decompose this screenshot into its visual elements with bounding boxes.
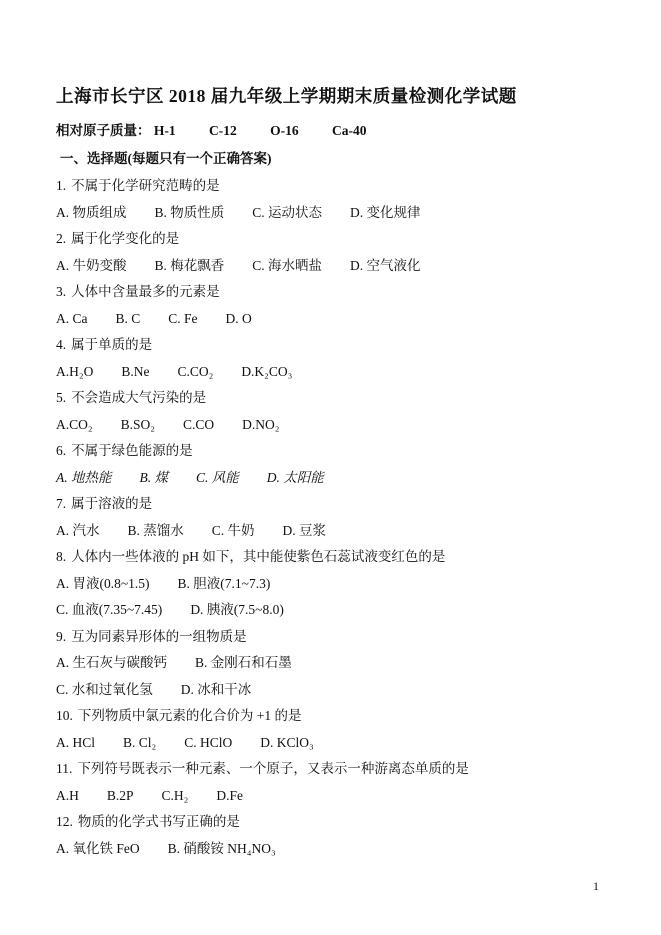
answer-option: A. 地热能 — [56, 465, 112, 492]
answer-option: D. 变化规律 — [350, 200, 421, 227]
options-row: A. 生石灰与碳酸钙B. 金刚石和石墨 — [56, 650, 621, 677]
question-number: 11. — [56, 761, 72, 776]
answer-option: C. 运动状态 — [252, 200, 322, 227]
options-row: A. 胃液(0.8~1.5)B. 胆液(7.1~7.3) — [56, 571, 621, 598]
answer-option: D.NO₂ — [242, 412, 279, 439]
answer-option: B.SO₂ — [121, 412, 155, 439]
options-row: C. 水和过氧化氢D. 冰和干冰 — [56, 677, 621, 704]
question-number: 4. — [56, 337, 66, 352]
question-line: 12.物质的化学式书写正确的是 — [56, 809, 621, 836]
options-row: A. 氧化铁 FeOB. 硝酸铵 NH₄NO₃ — [56, 836, 621, 863]
answer-option: A. 汽水 — [56, 518, 100, 545]
question-text: 人体中含量最多的元素是 — [71, 284, 220, 299]
question-text: 下列物质中氯元素的化合价为 +1 的是 — [78, 708, 302, 723]
answer-option: D.K₂CO₃ — [241, 359, 292, 386]
options-row: A. 牛奶变酸B. 梅花飘香C. 海水晒盐D. 空气液化 — [56, 253, 621, 280]
question-line: 6.不属于绿色能源的是 — [56, 438, 621, 465]
answer-option: C. 风能 — [196, 465, 239, 492]
answer-option: D. O — [226, 306, 252, 333]
question-line: 1.不属于化学研究范畴的是 — [56, 173, 621, 200]
answer-option: B. 硝酸铵 NH₄NO₃ — [168, 836, 276, 863]
answer-option: C. HClO — [184, 730, 232, 757]
answer-option: C.CO — [183, 412, 214, 439]
question-text: 物质的化学式书写正确的是 — [78, 814, 240, 829]
question-text: 下列符号既表示一种元素、一个原子，又表示一种游离态单质的是 — [77, 761, 469, 776]
answer-option: B. 梅花飘香 — [155, 253, 225, 280]
question-line: 9.互为同素异形体的一组物质是 — [56, 624, 621, 651]
question-number: 9. — [56, 629, 66, 644]
question-line: 4.属于单质的是 — [56, 332, 621, 359]
question-text: 不属于化学研究范畴的是 — [71, 178, 220, 193]
question-number: 10. — [56, 708, 73, 723]
answer-option: C.CO₂ — [177, 359, 213, 386]
answer-option: B. 煤 — [140, 465, 169, 492]
answer-option: B. 物质性质 — [155, 200, 225, 227]
answer-option: A. 牛奶变酸 — [56, 253, 127, 280]
answer-option: D. 胰液(7.5~8.0) — [190, 597, 284, 624]
question-line: 8.人体内一些体液的 pH 如下，其中能使紫色石蕊试液变红色的是 — [56, 544, 621, 571]
question-text: 属于单质的是 — [71, 337, 152, 352]
section-heading: 一、选择题(每题只有一个正确答案) — [56, 145, 621, 173]
question-text: 不会造成大气污染的是 — [71, 390, 206, 405]
question-number: 12. — [56, 814, 73, 829]
answer-option: C.H₂ — [162, 783, 189, 810]
question-number: 5. — [56, 390, 66, 405]
options-row: A. 汽水B. 蒸馏水C. 牛奶D. 豆浆 — [56, 518, 621, 545]
atomic-mass-value: Ca-40 — [332, 123, 367, 138]
question-text: 不属于绿色能源的是 — [71, 443, 193, 458]
question-line: 3.人体中含量最多的元素是 — [56, 279, 621, 306]
question-number: 8. — [56, 549, 66, 564]
question-text: 属于溶液的是 — [71, 496, 152, 511]
answer-option: B. C — [116, 306, 141, 333]
answer-option: C. 水和过氧化氢 — [56, 677, 153, 704]
question-line: 2.属于化学变化的是 — [56, 226, 621, 253]
answer-option: B. Cl₂ — [123, 730, 156, 757]
options-row: A.HB.2PC.H₂D.Fe — [56, 783, 621, 810]
question-line: 11.下列符号既表示一种元素、一个原子，又表示一种游离态单质的是 — [56, 756, 621, 783]
question-number: 7. — [56, 496, 66, 511]
page-title: 上海市长宁区 2018 届九年级上学期期末质量检测化学试题 — [56, 84, 621, 108]
answer-option: A.CO₂ — [56, 412, 93, 439]
atomic-mass-value: C-12 — [209, 123, 237, 138]
answer-option: D.Fe — [216, 783, 243, 810]
answer-option: A.H₂O — [56, 359, 93, 386]
question-line: 10.下列物质中氯元素的化合价为 +1 的是 — [56, 703, 621, 730]
answer-option: A. 生石灰与碳酸钙 — [56, 650, 167, 677]
atomic-mass-value: H-1 — [154, 123, 176, 138]
answer-option: D. 豆浆 — [283, 518, 327, 545]
atomic-mass-value: O-16 — [270, 123, 299, 138]
options-row: A. 物质组成B. 物质性质C. 运动状态D. 变化规律 — [56, 200, 621, 227]
answer-option: C. 牛奶 — [212, 518, 255, 545]
options-row: A. CaB. CC. FeD. O — [56, 306, 621, 333]
answer-option: B. 蒸馏水 — [128, 518, 184, 545]
options-row: A. HClB. Cl₂C. HClOD. KClO₃ — [56, 730, 621, 757]
answer-option: D. 空气液化 — [350, 253, 421, 280]
options-row: A. 地热能B. 煤C. 风能D. 太阳能 — [56, 465, 621, 492]
atomic-mass-line: 相对原子质量： H-1 C-12 O-16 Ca-40 — [56, 117, 621, 145]
question-number: 2. — [56, 231, 66, 246]
question-number: 1. — [56, 178, 66, 193]
answer-option: C. 血液(7.35~7.45) — [56, 597, 162, 624]
options-row: A.CO₂B.SO₂C.COD.NO₂ — [56, 412, 621, 439]
answer-option: D. 冰和干冰 — [181, 677, 252, 704]
exam-page: 上海市长宁区 2018 届九年级上学期期末质量检测化学试题 相对原子质量： H-… — [0, 0, 661, 935]
question-number: 3. — [56, 284, 66, 299]
answer-option: B. 胆液(7.1~7.3) — [178, 571, 271, 598]
answer-option: C. Fe — [168, 306, 197, 333]
options-row: C. 血液(7.35~7.45)D. 胰液(7.5~8.0) — [56, 597, 621, 624]
question-text: 互为同素异形体的一组物质是 — [71, 629, 247, 644]
answer-option: A. 物质组成 — [56, 200, 127, 227]
answer-option: A. HCl — [56, 730, 95, 757]
question-line: 5.不会造成大气污染的是 — [56, 385, 621, 412]
answer-option: B.2P — [107, 783, 134, 810]
answer-option: A.H — [56, 783, 79, 810]
options-row: A.H₂OB.NeC.CO₂D.K₂CO₃ — [56, 359, 621, 386]
questions-list: 1.不属于化学研究范畴的是A. 物质组成B. 物质性质C. 运动状态D. 变化规… — [56, 173, 621, 862]
question-number: 6. — [56, 443, 66, 458]
question-text: 人体内一些体液的 pH 如下，其中能使紫色石蕊试液变红色的是 — [71, 549, 445, 564]
question-line: 7.属于溶液的是 — [56, 491, 621, 518]
answer-option: B. 金刚石和石墨 — [195, 650, 292, 677]
answer-option: D. KClO₃ — [260, 730, 313, 757]
page-number: 1 — [593, 878, 599, 894]
atomic-mass-label: 相对原子质量： — [56, 123, 151, 138]
answer-option: A. 胃液(0.8~1.5) — [56, 571, 150, 598]
answer-option: A. 氧化铁 FeO — [56, 836, 140, 863]
answer-option: C. 海水晒盐 — [252, 253, 322, 280]
answer-option: A. Ca — [56, 306, 88, 333]
answer-option: B.Ne — [121, 359, 149, 386]
answer-option: D. 太阳能 — [267, 465, 324, 492]
question-text: 属于化学变化的是 — [71, 231, 179, 246]
